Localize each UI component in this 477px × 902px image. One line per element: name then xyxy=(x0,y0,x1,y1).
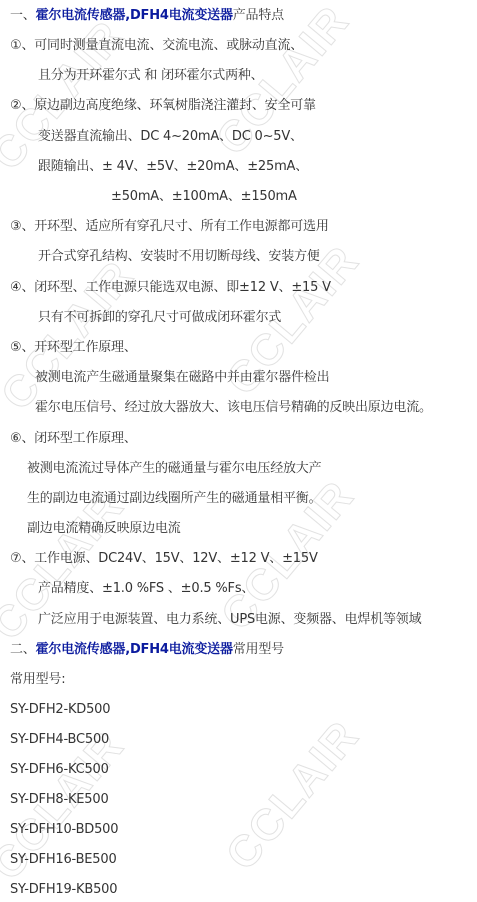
feature-line: 开合式穿孔结构、安装时不用切断母线、安装方便 xyxy=(38,249,320,265)
feature-line: 副边电流精确反映原边电流 xyxy=(27,521,181,537)
heading-highlight-link[interactable]: 霍尔电流传感器,DFH4电流变送器 xyxy=(36,8,233,23)
feature-line: ③、开环型、适应所有穿孔尺寸、所有工作电源都可选用 xyxy=(10,219,329,235)
watermark: CCLAIR xyxy=(217,711,370,880)
models-label: 常用型号: xyxy=(10,672,65,688)
heading-highlight-link[interactable]: 霍尔电流传感器,DFH4电流变送器 xyxy=(36,642,233,657)
feature-line: 产品精度、±1.0 %FS 、±0.5 %Fs、 xyxy=(38,581,254,597)
heading-prefix: 二、 xyxy=(10,642,36,657)
model-item: SY-DFH16-BE500 xyxy=(10,852,117,868)
section-heading-features: 一、霍尔电流传感器,DFH4电流变送器产品特点 xyxy=(10,8,284,24)
model-item: SY-DFH19-KB500 xyxy=(10,882,117,898)
feature-line: ⑦、工作电源、DC24V、15V、12V、±12 V、±15V xyxy=(10,551,318,567)
feature-line: ⑤、开环型工作原理、 xyxy=(10,340,137,356)
feature-line: 霍尔电压信号、经过放大器放大、该电压信号精确的反映出原边电流。 xyxy=(35,400,432,416)
section-heading-models: 二、霍尔电流传感器,DFH4电流变送器常用型号 xyxy=(10,642,284,658)
feature-line: 广泛应用于电源装置、电力系统、UPS电源、变频器、电焊机等领域 xyxy=(38,612,421,628)
feature-line: 生的副边电流通过副边线圈所产生的磁通量相平衡。 xyxy=(27,491,321,507)
model-item: SY-DFH6-KC500 xyxy=(10,762,109,778)
model-item: SY-DFH8-KE500 xyxy=(10,792,109,808)
feature-line: 变送器直流输出、DC 4~20mA、DC 0~5V、 xyxy=(38,129,303,145)
feature-line: ②、原边副边高度绝缘、环氧树脂浇注灌封、安全可靠 xyxy=(10,98,316,114)
feature-line: 且分为开环霍尔式 和 闭环霍尔式两种、 xyxy=(38,68,263,84)
heading-suffix: 常用型号 xyxy=(233,642,284,657)
watermark: CCLAIR xyxy=(0,251,145,420)
model-item: SY-DFH4-BC500 xyxy=(10,732,109,748)
watermark: CCLAIR xyxy=(0,11,135,180)
feature-line: 只有不可拆卸的穿孔尺寸可做成闭环霍尔式 xyxy=(38,310,281,326)
feature-line: ④、闭环型、工作电源只能选双电源、即±12 V、±15 V xyxy=(10,280,331,296)
heading-prefix: 一、 xyxy=(10,8,36,23)
feature-line: 被测电流产生磁通量聚集在磁路中并由霍尔器件检出 xyxy=(35,370,329,386)
feature-line: ⑥、闭环型工作原理、 xyxy=(10,431,137,447)
feature-line: 被测电流流过导体产生的磁通量与霍尔电压经放大产 xyxy=(27,461,321,477)
feature-line: 跟随输出、± 4V、±5V、±20mA、±25mA、 xyxy=(38,159,308,175)
feature-line: ±50mA、±100mA、±150mA xyxy=(111,189,297,205)
model-item: SY-DFH2-KD500 xyxy=(10,702,110,718)
heading-suffix: 产品特点 xyxy=(233,8,284,23)
feature-line: ①、可同时测量直流电流、交流电流、或脉动直流、 xyxy=(10,38,303,54)
model-item: SY-DFH10-BD500 xyxy=(10,822,118,838)
